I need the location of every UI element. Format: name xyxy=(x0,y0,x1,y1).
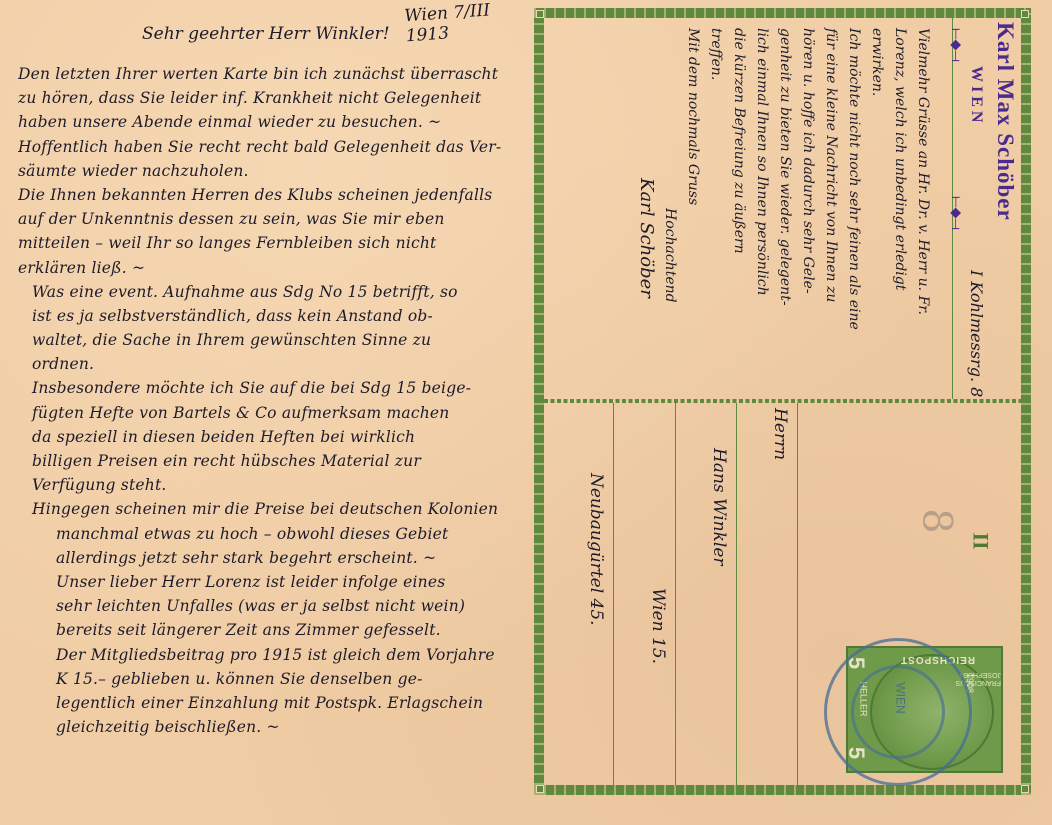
frame-corner-ornament xyxy=(536,10,544,18)
letter-line: Die Ihnen bekannten Herren des Klubs sch… xyxy=(18,183,523,207)
letter-line: ordnen. xyxy=(18,352,523,376)
frame-corner-ornament xyxy=(1021,10,1029,18)
postmark-text: WIEN xyxy=(894,682,908,713)
message-line: treffen. xyxy=(704,28,727,330)
message-line: für eine kleine Nachricht von Ihnen zu xyxy=(819,28,842,330)
ornament-icon: ⟝◆⟞ xyxy=(948,196,964,230)
letter-line: erklären ließ. ~ xyxy=(18,256,523,280)
letter-line: mitteilen – weil Ihr so langes Fernbleib… xyxy=(18,231,523,255)
message-line: Lorenz, welch ich unbedingt erledigt xyxy=(888,28,911,330)
letter-page: Wien 7/III 1913 Sehr geehrter Herr Winkl… xyxy=(0,0,530,825)
postmark-cancellation: WIEN xyxy=(824,638,972,786)
message-signature: Karl Schöber xyxy=(635,28,658,330)
message-line: Ich möchte nicht noch sehr feinen als ei… xyxy=(842,28,865,330)
letter-line: da speziell in diesen beiden Heften bei … xyxy=(18,425,523,449)
letter-line: sehr leichten Unfalles (was er ja selbst… xyxy=(18,594,523,618)
message-line: die kürzen Befreiung zu äußern xyxy=(727,28,750,330)
letter-line: zu hören, dass Sie leider inf. Krankheit… xyxy=(18,86,523,110)
address-line-rule xyxy=(797,403,798,785)
message-closing: Hochachtend xyxy=(658,28,681,330)
letter-line: Unser lieber Herr Lorenz ist leider info… xyxy=(18,570,523,594)
letter-line: K 15.– geblieben u. können Sie denselben… xyxy=(18,667,523,691)
message-line: erwirken. xyxy=(865,28,888,330)
sender-address: I Kohlmessrg. 8 xyxy=(967,270,986,397)
address-line-rule xyxy=(613,403,614,785)
letter-line: säumte wieder nachzuholen. xyxy=(18,159,523,183)
postcard: Karl Max Schöber WIEN ⟝◆⟞ ⟝◆⟞ I Kohlmess… xyxy=(534,8,1031,795)
address-recipient-title: Herrn xyxy=(770,408,790,460)
card-message: Vielmehr Grüsse an Hr. Dr. v. Herr u. Fr… xyxy=(635,28,934,330)
letter-date: Wien 7/III 1913 xyxy=(404,0,531,46)
pencil-mark: 8 xyxy=(914,508,960,533)
address-line-rule xyxy=(675,403,676,785)
letter-salutation: Sehr geehrter Herr Winkler! xyxy=(142,24,390,44)
message-line: Mit dem nochmals Gruss xyxy=(681,28,704,330)
sender-city: WIEN xyxy=(967,66,985,126)
postal-class-mark: II xyxy=(968,532,994,549)
letter-line: ist es ja selbstverständlich, dass kein … xyxy=(18,304,523,328)
letter-line: Hoffentlich haben Sie recht recht bald G… xyxy=(18,135,523,159)
letter-line: waltet, die Sache in Ihrem gewünschten S… xyxy=(18,328,523,352)
letter-line: legentlich einer Einzahlung mit Postspk.… xyxy=(18,691,523,715)
sender-name: Karl Max Schöber xyxy=(992,22,1018,221)
letter-line: haben unsere Abende einmal wieder zu bes… xyxy=(18,110,523,134)
address-city: Wien 15. xyxy=(648,588,668,664)
letter-line: Hingegen scheinen mir die Preise bei deu… xyxy=(18,497,523,521)
address-line-rule xyxy=(736,403,737,785)
letter-body: Den letzten Ihrer werten Karte bin ich z… xyxy=(18,62,523,739)
message-line: lich einmal Ihnen so Ihnen persönlich xyxy=(750,28,773,330)
letter-line: auf der Unkenntnis dessen zu sein, was S… xyxy=(18,207,523,231)
message-line: Vielmehr Grüsse an Hr. Dr. v. Herr u. Fr… xyxy=(911,28,934,330)
message-line: genheit zu bieten Sie wieder. gelegent- xyxy=(773,28,796,330)
letter-line: manchmal etwas zu hoch – obwohl dieses G… xyxy=(18,522,523,546)
letter-line: gleichzeitig beischließen. ~ xyxy=(18,715,523,739)
frame-corner-ornament xyxy=(1021,785,1029,793)
ornament-icon: ⟝◆⟞ xyxy=(948,28,964,62)
address-street: Neubaugürtel 45. xyxy=(586,473,606,626)
letter-line: Verfügung steht. xyxy=(18,473,523,497)
letter-line: allerdings jetzt sehr stark begehrt ersc… xyxy=(18,546,523,570)
letter-line: Den letzten Ihrer werten Karte bin ich z… xyxy=(18,62,523,86)
letter-line: billigen Preisen ein recht hübsches Mate… xyxy=(18,449,523,473)
letter-line: Insbesondere möchte ich Sie auf die bei … xyxy=(18,376,523,400)
letter-line: fügten Hefte von Bartels & Co aufmerksam… xyxy=(18,401,523,425)
letter-line: bereits seit längerer Zeit ans Zimmer ge… xyxy=(18,618,523,642)
letter-line: Der Mitgliedsbeitrag pro 1915 ist gleich… xyxy=(18,643,523,667)
dotted-divider xyxy=(544,399,1021,403)
address-recipient-name: Hans Winkler xyxy=(709,448,729,566)
letter-line: Was eine event. Aufnahme aus Sdg No 15 b… xyxy=(18,280,523,304)
message-line: hören u. hoffe ich dadurch sehr Gele- xyxy=(796,28,819,330)
frame-corner-ornament xyxy=(536,785,544,793)
